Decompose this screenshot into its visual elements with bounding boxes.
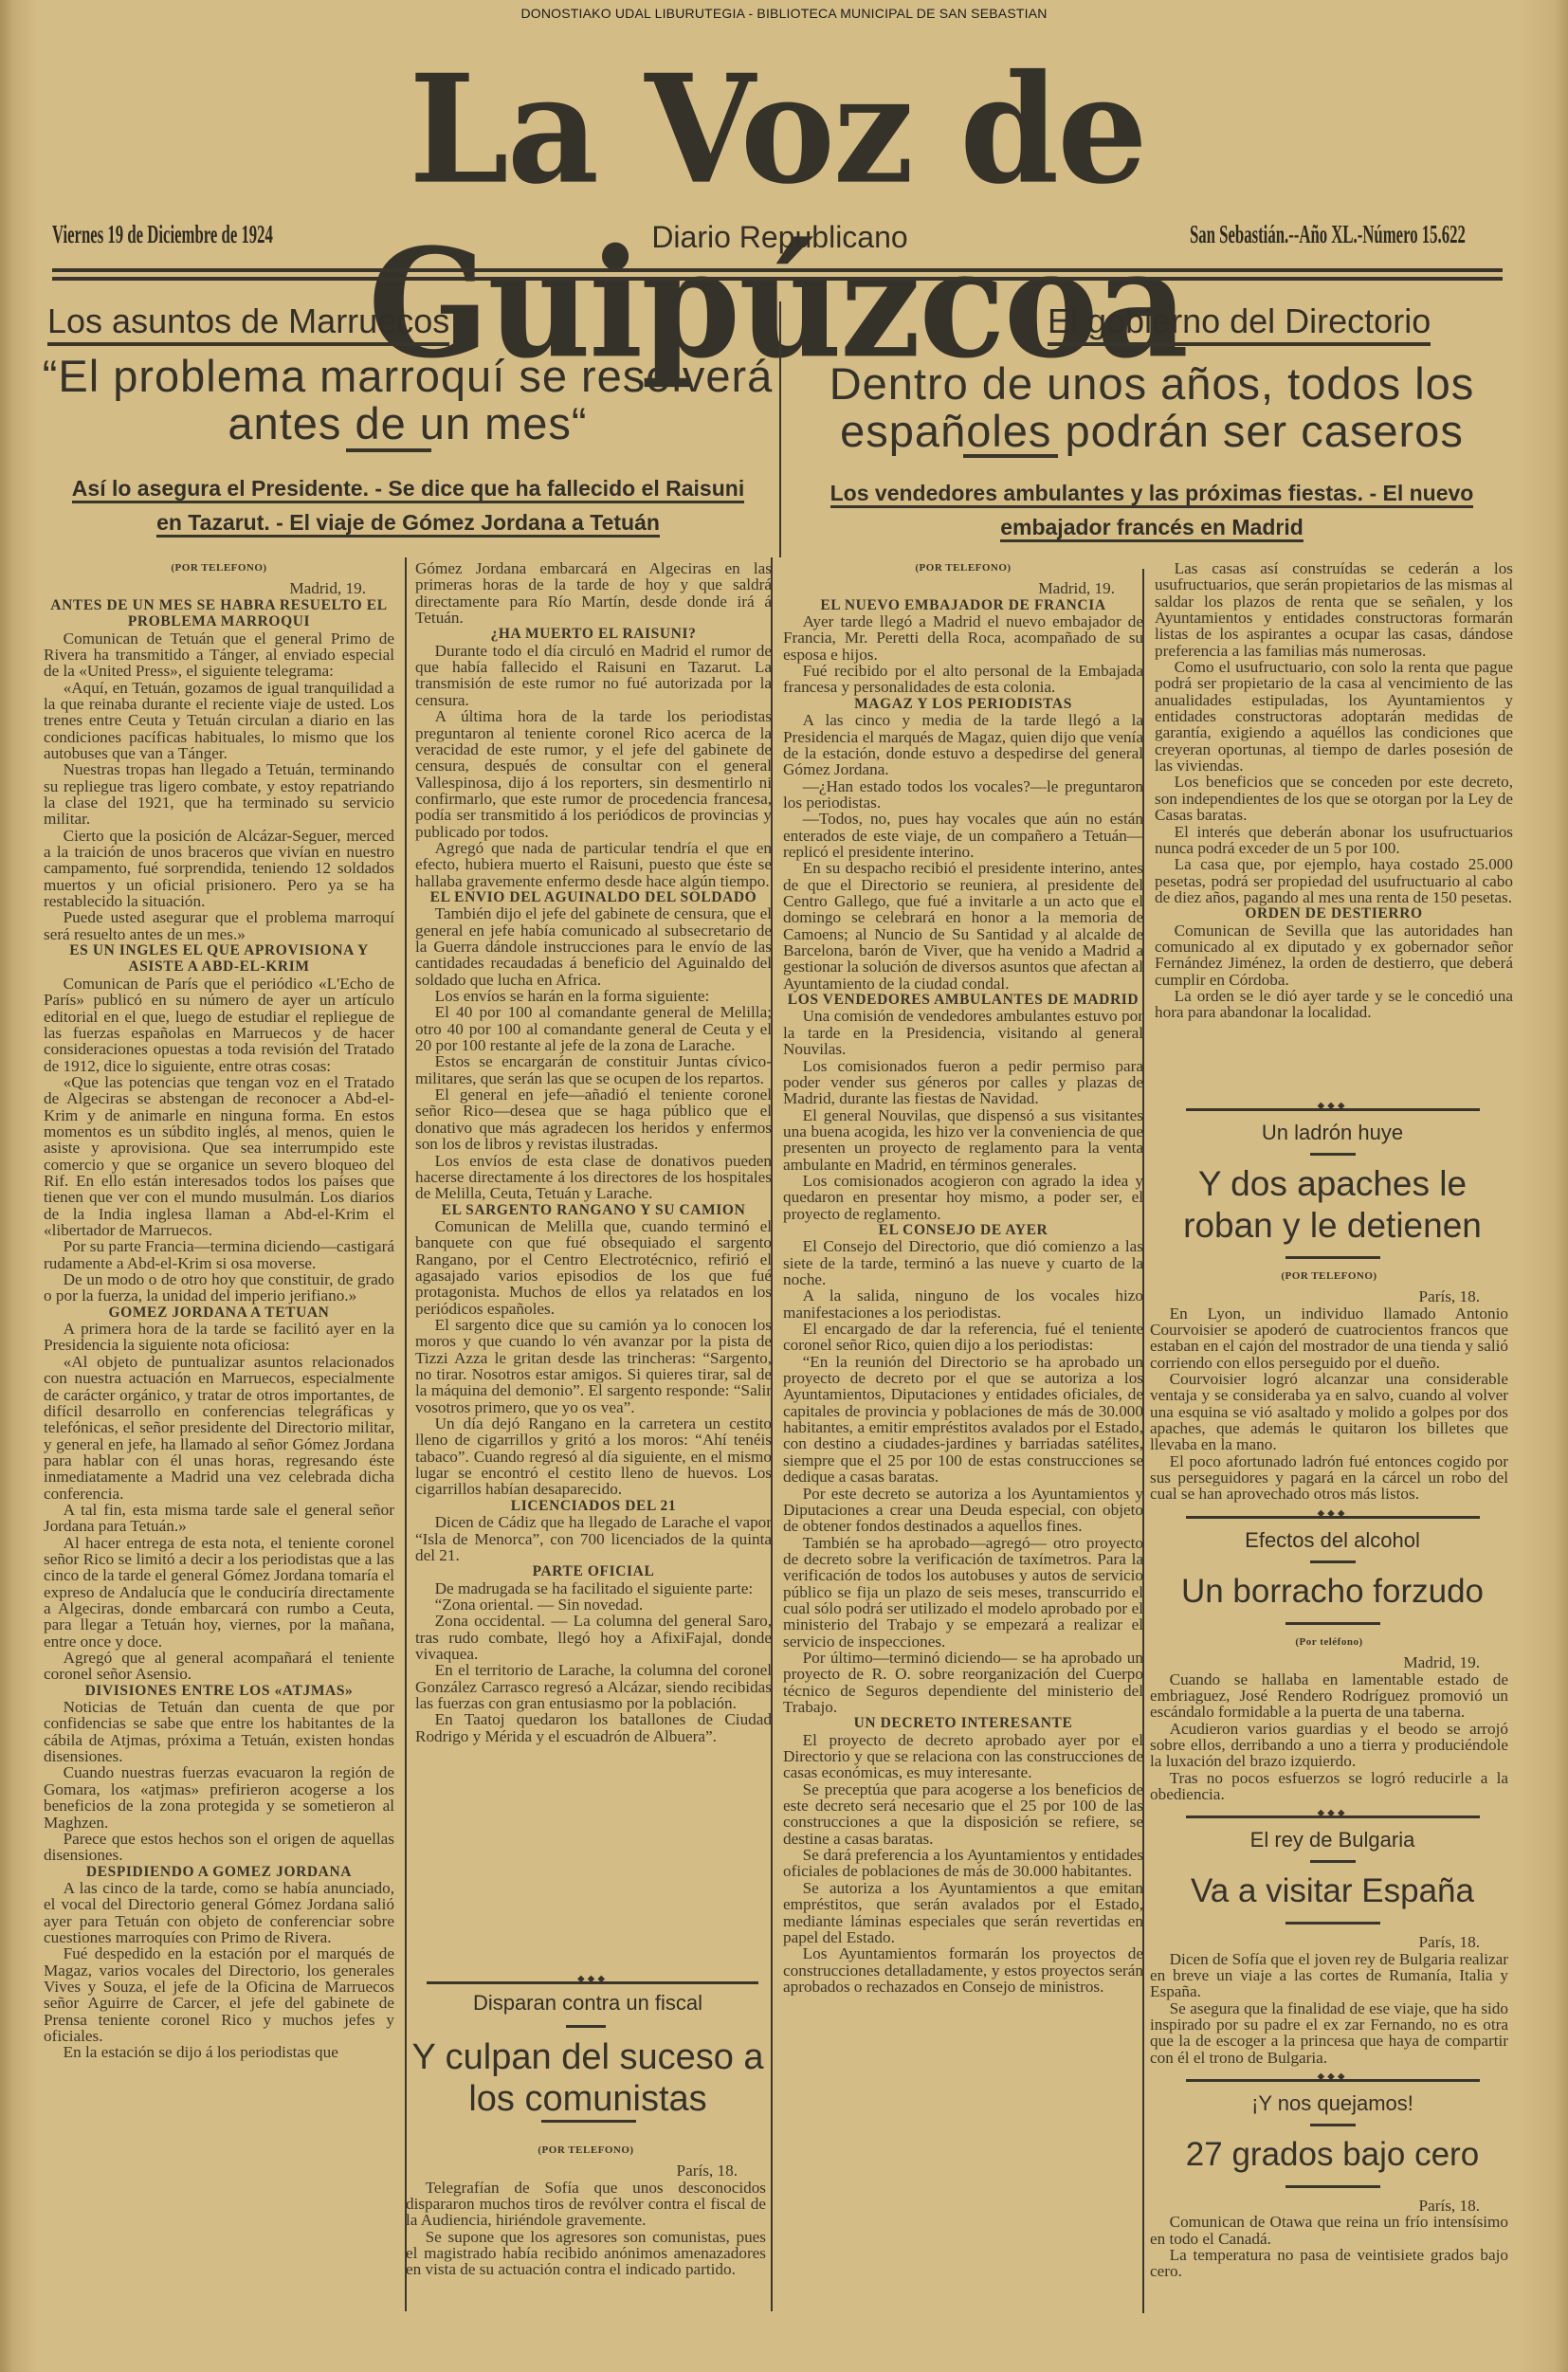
paragraph: “En la reunión del Directorio se ha apro…: [783, 1354, 1143, 1486]
left-headline: “El problema marroquí se resolverá antes…: [38, 353, 777, 447]
section-subheading: MAGAZ Y LOS PERIODISTAS: [783, 696, 1143, 712]
section-subheading: ANTES DE UN MES SE HABRA RESUELTO EL PRO…: [44, 597, 394, 630]
section-subheading: DIVISIONES ENTRE LOS «ATJMAS»: [44, 1683, 394, 1699]
paragraph: Courvoisier logró alcanzar una considera…: [1150, 1371, 1508, 1453]
paragraph: —Todos, no, pues hay vocales que aún no …: [783, 811, 1143, 860]
side-story: Un ladrón huyeY dos apaches le roban y l…: [1150, 1108, 1515, 1503]
story-headline: Va a visitar España: [1150, 1870, 1515, 1912]
story-kicker: ¡Y nos quejamos!: [1150, 2091, 1515, 2116]
story-headline: Y dos apaches le roban y le detienen: [1150, 1163, 1515, 1247]
right-section-head: El gobierno del Directorio: [1048, 301, 1431, 346]
paragraph: A las cinco de la tarde, como se había a…: [44, 1880, 394, 1945]
story-body: (Por teléfono)Madrid, 19.Cuando se halla…: [1150, 1634, 1508, 1802]
section-subheading: EL NUEVO EMBAJADOR DE FRANCIA: [783, 597, 1143, 613]
right-subhead-line1: Los vendedores ambulantes y las próximas…: [830, 481, 1474, 508]
headline-rule: [1285, 1622, 1380, 1625]
left-subhead: Así lo asegura el Presidente. - Se dice …: [36, 471, 780, 539]
paragraph: Se autoriza a los Ayuntamientos a que em…: [783, 1880, 1143, 1945]
paragraph: El general en jefe—añadió el teniente co…: [415, 1086, 772, 1152]
headline-rule: [1285, 1922, 1380, 1925]
paragraph: Acudieron varios guardias y el beodo se …: [1150, 1721, 1508, 1770]
paragraph: Cuando se hallaba en lamentable estado d…: [1150, 1671, 1508, 1721]
paragraph: Comunican de Otawa que reina un frío int…: [1150, 2214, 1508, 2247]
col-divider-3: [1142, 569, 1144, 2313]
byline: (Por teléfono): [1150, 1634, 1508, 1651]
story-ornament: [1186, 2079, 1480, 2082]
paragraph: A primera hora de la tarde se facilitó a…: [44, 1321, 394, 1354]
paragraph: En su despacho recibió el presidente int…: [783, 860, 1143, 992]
paragraph: Noticias de Tetuán dan cuenta de que por…: [44, 1699, 394, 1764]
paragraph: De un modo o de otro hoy que constituir,…: [44, 1271, 394, 1305]
paragraph: El sargento dice que su camión ya lo con…: [415, 1317, 772, 1415]
story-kicker: El rey de Bulgaria: [1150, 1828, 1515, 1852]
dateline-place: París, 18.: [1150, 1288, 1508, 1305]
paragraph: Los comisionados acogieron con agrado la…: [783, 1173, 1143, 1222]
paragraph: La temperatura no pasa de veintisiete gr…: [1150, 2247, 1508, 2280]
paragraph: Comunican de París que el periódico «L'E…: [44, 976, 394, 1074]
paragraph: Zona occidental. — La columna del genera…: [415, 1613, 772, 1662]
story-ornament: [1186, 1516, 1480, 1519]
paragraph: El interés que deberán abonar los usufru…: [1155, 824, 1513, 857]
masthead-title: La Voz de Guipúzcoa: [52, 44, 1503, 218]
paragraph: Los beneficios que se conceden por este …: [1155, 774, 1513, 823]
left-subhead-line2: en Tazarut. - El viaje de Gómez Jordana …: [156, 510, 660, 538]
col-divider-2: [771, 557, 773, 2311]
paragraph: Agregó que nada de particular tendría el…: [415, 840, 772, 889]
fiscal-kicker: Disparan contra un fiscal: [408, 1991, 768, 2016]
byline: (POR TELEFONO): [1150, 1268, 1508, 1285]
section-subheading: ORDEN DE DESTIERRO: [1155, 905, 1513, 921]
paragraph: En la estación se dijo á los periodistas…: [44, 2044, 394, 2060]
paragraph: Se asegura que la finalidad de ese viaje…: [1150, 2000, 1508, 2066]
story-headline: 27 grados bajo cero: [1150, 2134, 1515, 2176]
col-4: Las casas así construídas se cederán a l…: [1155, 560, 1513, 1021]
kicker-rule: [1310, 1560, 1356, 1563]
section-subheading: LICENCIADOS DEL 21: [415, 1498, 772, 1514]
paragraph: A última hora de la tarde los periodista…: [415, 708, 772, 840]
publication-date: Viernes 19 de Diciembre de 1924: [52, 220, 273, 249]
paragraph: Un día dejó Rangano en la carretera un c…: [415, 1415, 772, 1498]
right-headline-rule: [963, 454, 1058, 458]
left-section-head: Los asuntos de Marruecos: [47, 301, 449, 346]
paragraph: «Al objeto de puntualizar asuntos relaci…: [44, 1354, 394, 1502]
paragraph: A las cinco y media de la tarde llegó a …: [783, 712, 1143, 777]
section-subheading: EL CONSEJO DE AYER: [783, 1222, 1143, 1238]
fiscal-headline: Y culpan del suceso a los comunistas: [408, 2036, 768, 2120]
dateline: Diario Republicano Viernes 19 de Diciemb…: [52, 220, 1507, 258]
side-stories: Un ladrón huyeY dos apaches le roban y l…: [1150, 1095, 1515, 2280]
paragraph: Parece que estos hechos son el origen de…: [44, 1831, 394, 1864]
headline-rule: [1285, 1256, 1380, 1259]
col-2: Gómez Jordana embarcará en Algeciras en …: [415, 560, 772, 1744]
paragraph: En Lyon, un individuo llamado Antonio Co…: [1150, 1305, 1508, 1371]
paragraph: Las casas así construídas se cederán a l…: [1155, 560, 1513, 659]
dateline-place: Madrid, 19.: [783, 580, 1143, 596]
paragraph: Telegrafían de Sofía que unos desconocid…: [406, 2180, 766, 2229]
paragraph: En Taatoj quedaron los batallones de Ciu…: [415, 1711, 772, 1744]
paragraph: Estos se encargarán de constituir Juntas…: [415, 1053, 772, 1086]
col-3: (POR TELEFONO)Madrid, 19.EL NUEVO EMBAJA…: [783, 560, 1143, 1995]
paragraph: Fué recibido por el alto personal de la …: [783, 663, 1143, 696]
kicker-rule: [1310, 1153, 1356, 1156]
paragraph: Comunican de Tetuán que el general Primo…: [44, 630, 394, 680]
paragraph: El Consejo del Directorio, que dió comie…: [783, 1238, 1143, 1287]
fiscal-body: (POR TELEFONO)París, 18.Telegrafían de S…: [406, 2143, 766, 2278]
fiscal-ornament: [427, 1981, 758, 1984]
paragraph: El poco afortunado ladrón fué entonces c…: [1150, 1453, 1508, 1503]
paragraph: Nuestras tropas han llegado a Tetuán, te…: [44, 761, 394, 827]
headline-rule: [1285, 2185, 1380, 2188]
section-subheading: UN DECRETO INTERESANTE: [783, 1715, 1143, 1731]
paragraph: Se supone que los agresores son comunist…: [406, 2229, 766, 2278]
paragraph: Los comisionados fueron a pedir permiso …: [783, 1058, 1143, 1107]
right-subhead-line2: embajador francés en Madrid: [1000, 515, 1304, 542]
paragraph: A tal fin, esta misma tarde sale el gene…: [44, 1502, 394, 1535]
story-ornament: [1186, 1815, 1480, 1818]
dateline-place: Madrid, 19.: [1150, 1654, 1508, 1670]
paragraph: El general Nouvilas, que dispensó a sus …: [783, 1107, 1143, 1173]
fiscal-kicker-rule: [566, 2025, 606, 2028]
paragraph: Fué despedido en la estación por el marq…: [44, 1945, 394, 2044]
story-body: París, 18.Dicen de Sofía que el joven re…: [1150, 1934, 1508, 2066]
paragraph: “Zona oriental. — Sin novedad.: [415, 1597, 772, 1613]
paragraph: —¿Han estado todos los vocales?—le pregu…: [783, 778, 1143, 812]
side-story: Efectos del alcoholUn borracho forzudo(P…: [1150, 1516, 1515, 1802]
paragraph: El encargado de dar la referencia, fué e…: [783, 1321, 1143, 1354]
byline: (POR TELEFONO): [44, 560, 394, 576]
story-kicker: Efectos del alcohol: [1150, 1528, 1515, 1553]
paragraph: Como el usufructuario, con solo la renta…: [1155, 659, 1513, 774]
story-body: París, 18.Comunican de Otawa que reina u…: [1150, 2198, 1508, 2280]
col-divider-1: [405, 557, 407, 2311]
dateline-place: Madrid, 19.: [44, 580, 394, 596]
kicker-rule: [1310, 1860, 1356, 1863]
paragraph: Por último—terminó diciendo— se ha aprob…: [783, 1650, 1143, 1715]
dateline-place: París, 18.: [1150, 1934, 1508, 1950]
section-subheading: ¿HA MUERTO EL RAISUNI?: [415, 626, 772, 642]
col-1: (POR TELEFONO)Madrid, 19.ANTES DE UN MES…: [44, 560, 394, 2061]
dateline-place: París, 18.: [406, 2162, 766, 2179]
paragraph: Se preceptúa que para acogerse a los ben…: [783, 1781, 1143, 1847]
paragraph: La casa que, por ejemplo, haya costado 2…: [1155, 856, 1513, 905]
paragraph: Por este decreto se autoriza a los Ayunt…: [783, 1486, 1143, 1535]
paragraph: Gómez Jordana embarcará en Algeciras en …: [415, 560, 772, 626]
paragraph: Cierto que la posición de Alcázar-Seguer…: [44, 828, 394, 910]
paragraph: Comunican de Melilla que, cuando terminó…: [415, 1218, 772, 1317]
paragraph: El proyecto de decreto aprobado ayer por…: [783, 1732, 1143, 1781]
kicker-rule: [1310, 2124, 1356, 2126]
side-story: ¡Y nos quejamos!27 grados bajo ceroParís…: [1150, 2079, 1515, 2280]
paragraph: También dijo el jefe del gabinete de cen…: [415, 905, 772, 988]
paragraph: Ayer tarde llegó a Madrid el nuevo embaj…: [783, 613, 1143, 663]
paragraph: «Aquí, en Tetuán, gozamos de igual tranq…: [44, 680, 394, 762]
paragraph: También se ha aprobado—agregó— otro proy…: [783, 1535, 1143, 1650]
story-ornament: [1186, 1108, 1480, 1111]
right-subhead: Los vendedores ambulantes y las próximas…: [782, 476, 1522, 544]
left-subhead-line1: Así lo asegura el Presidente. - Se dice …: [72, 476, 744, 503]
paragraph: De madrugada se ha facilitado el siguien…: [415, 1580, 772, 1597]
masthead-double-rule: [52, 268, 1503, 272]
paragraph: Los envíos de esta clase de donativos pu…: [415, 1153, 772, 1202]
side-story: El rey de BulgariaVa a visitar EspañaPar…: [1150, 1815, 1515, 2066]
paragraph: «Que las potencias que tengan voz en el …: [44, 1074, 394, 1238]
section-subheading: ES UN INGLES EL QUE APROVISIONA Y ASISTE…: [44, 942, 394, 976]
left-headline-rule: [346, 448, 431, 452]
paragraph: Comunican de Sevilla que las autoridades…: [1155, 922, 1513, 988]
section-subheading: GOMEZ JORDANA A TETUAN: [44, 1305, 394, 1321]
archive-banner: DONOSTIAKO UDAL LIBURUTEGIA - BIBLIOTECA…: [0, 6, 1568, 21]
paragraph: Se dará preferencia a los Ayuntamientos …: [783, 1847, 1143, 1880]
story-headline: Un borracho forzudo: [1150, 1571, 1515, 1613]
paragraph: Una comisión de vendedores ambulantes es…: [783, 1008, 1143, 1057]
section-subheading: DESPIDIENDO A GOMEZ JORDANA: [44, 1864, 394, 1880]
story-body: (POR TELEFONO)París, 18.En Lyon, un indi…: [1150, 1268, 1508, 1503]
paragraph: La orden se le dió ayer tarde y se le co…: [1155, 988, 1513, 1021]
col-divider-lead: [779, 301, 781, 557]
paragraph: Los envíos se harán en la forma siguient…: [415, 988, 772, 1004]
section-subheading: PARTE OFICIAL: [415, 1563, 772, 1579]
section-subheading: EL ENVIO DEL AGUINALDO DEL SOLDADO: [415, 889, 772, 905]
paragraph: Puede usted asegurar que el problema mar…: [44, 909, 394, 942]
paragraph: Los Ayuntamientos formarán los proyectos…: [783, 1945, 1143, 1995]
paragraph: Agregó que al general acompañará el teni…: [44, 1650, 394, 1683]
paragraph: Cuando nuestras fuerzas evacuaron la reg…: [44, 1764, 394, 1830]
paragraph: Al hacer entrega de esta nota, el tenien…: [44, 1535, 394, 1650]
byline: (POR TELEFONO): [406, 2143, 766, 2159]
paragraph: En el territorio de Larache, la columna …: [415, 1662, 772, 1711]
fiscal-headline-rule: [541, 2120, 636, 2123]
section-subheading: EL SARGENTO RANGANO Y SU CAMION: [415, 1202, 772, 1218]
paragraph: El 40 por 100 al comandante general de M…: [415, 1004, 772, 1053]
paragraph: Dicen de Sofía que el joven rey de Bulga…: [1150, 1951, 1508, 2000]
paragraph: A la salida, ninguno de los vocales hizo…: [783, 1287, 1143, 1321]
paragraph: Durante todo el día circuló en Madrid el…: [415, 643, 772, 708]
right-headline: Dentro de unos años, todos los españoles…: [782, 360, 1522, 455]
paragraph: Dicen de Cádiz que ha llegado de Larache…: [415, 1514, 772, 1563]
byline: (POR TELEFONO): [783, 560, 1143, 576]
story-kicker: Un ladrón huye: [1150, 1121, 1515, 1145]
paragraph: Por su parte Francia—termina diciendo—ca…: [44, 1238, 394, 1271]
issue-number: San Sebastián.--Año XL.-Número 15.622: [1190, 220, 1466, 249]
dateline-place: París, 18.: [1150, 2198, 1508, 2214]
paragraph: Tras no pocos esfuerzos se logró reducir…: [1150, 1770, 1508, 1803]
section-subheading: LOS VENDEDORES AMBULANTES DE MADRID: [783, 992, 1143, 1008]
